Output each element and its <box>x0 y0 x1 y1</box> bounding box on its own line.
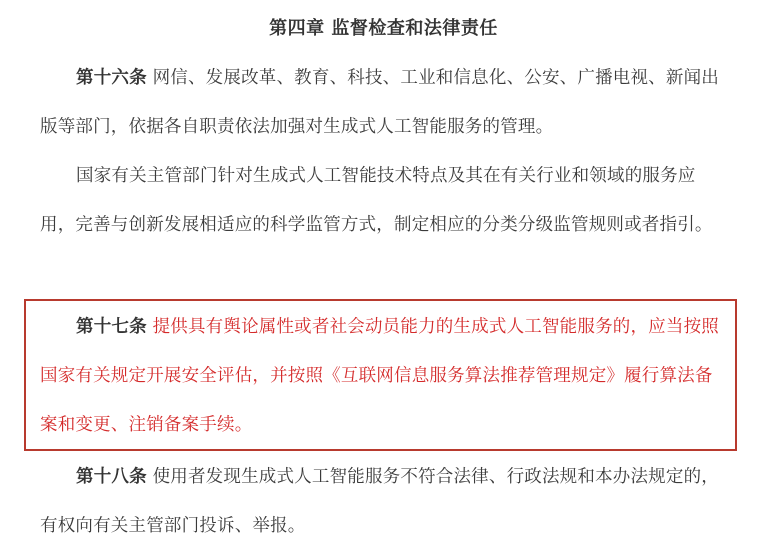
article-17: 第十七条 提供具有舆论属性或者社会动员能力的生成式人工智能服务的，应当按照国家有… <box>40 303 720 450</box>
article-label: 第十七条 <box>76 317 147 337</box>
chapter-title: 第四章 监督检查和法律责任 <box>0 14 767 40</box>
article-label: 第十八条 <box>76 467 147 487</box>
article-text: 国家有关主管部门针对生成式人工智能技术特点及其在有关行业和领域的服务应用，完善与… <box>40 166 713 235</box>
article-18: 第十八条 使用者发现生成式人工智能服务不符合法律、行政法规和本办法规定的，有权向… <box>40 453 720 543</box>
article-16-paragraph-2: 国家有关主管部门针对生成式人工智能技术特点及其在有关行业和领域的服务应用，完善与… <box>40 152 720 250</box>
article-16: 第十六条 网信、发展改革、教育、科技、工业和信息化、公安、广播电视、新闻出版等部… <box>40 54 720 152</box>
article-label: 第十六条 <box>76 68 147 88</box>
